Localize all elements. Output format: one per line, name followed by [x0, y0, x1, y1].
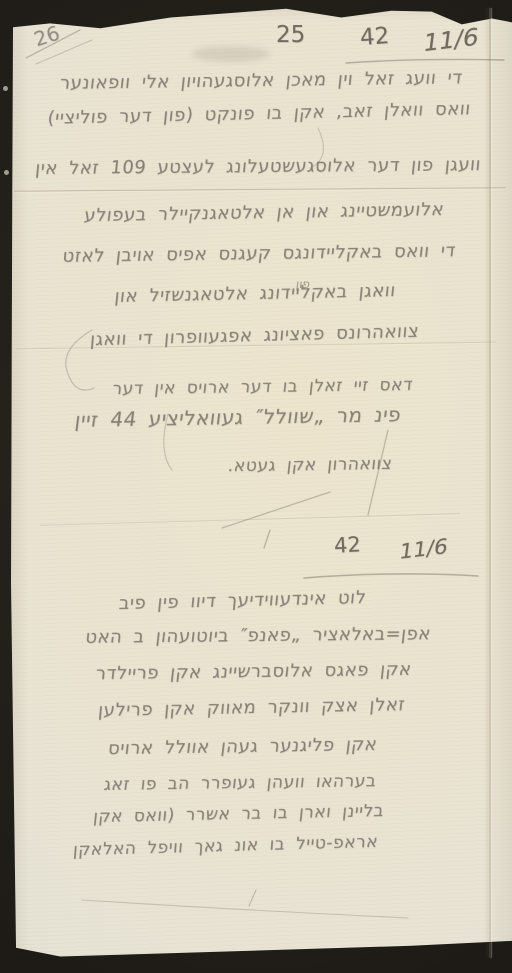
document-number: 42	[359, 23, 390, 51]
film-dot	[4, 170, 9, 175]
scanned-photo: 26 25 42 11/6 די וועג זאל וין מאכן אלוסג…	[0, 0, 512, 973]
pencil-smudge	[192, 46, 270, 62]
handwritten-line: וועגן פון דער אלוסגעשטעלונג לעצטע 109 זא…	[27, 154, 490, 181]
page-number: 25	[276, 22, 305, 48]
film-dot	[3, 86, 8, 91]
section2-number: 42	[333, 532, 361, 557]
handwritten-line: צוואהרון אקן געטא.	[224, 454, 397, 478]
fold-line	[489, 8, 491, 958]
